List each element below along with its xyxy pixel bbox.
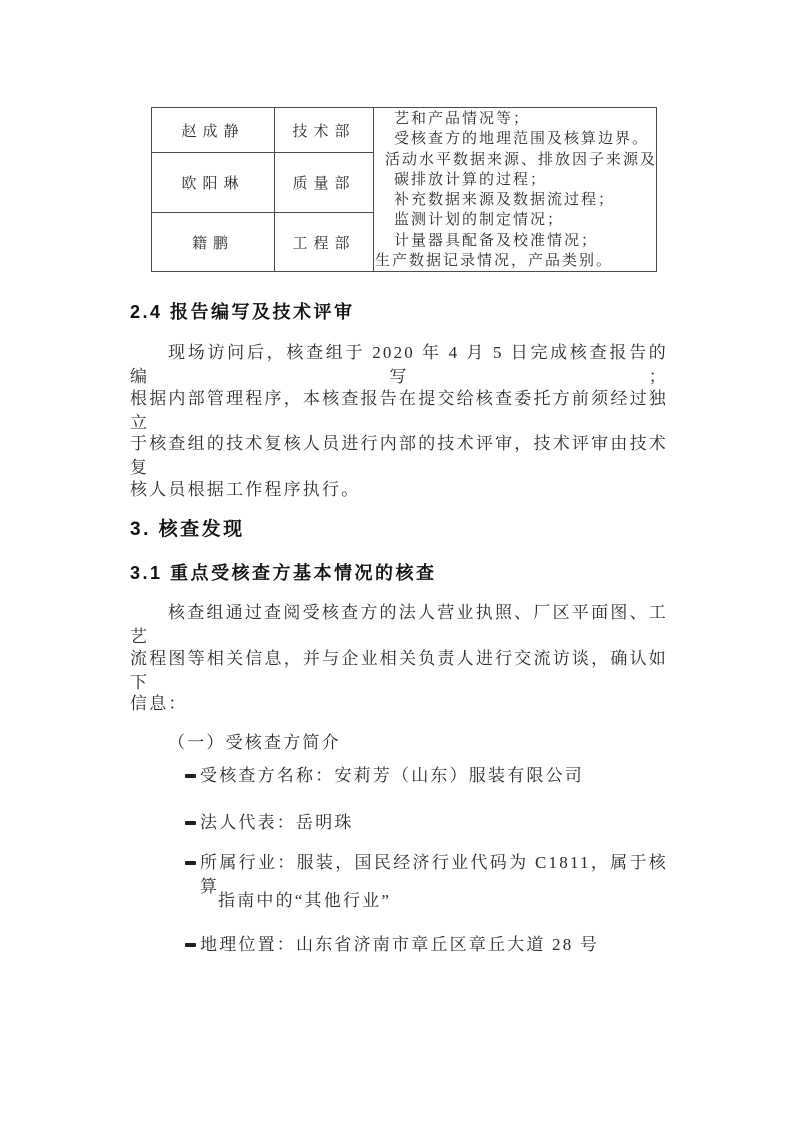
section-2-4-heading: 2.4 报告编写及技术评审: [130, 298, 355, 324]
bullet-item-company-name: 受核查方名称：安莉芳（山东）服装有限公司: [185, 764, 668, 788]
table-cell-member-name: 赵成静: [152, 108, 274, 152]
table-cell-member-name: 欧阳琳: [152, 153, 274, 212]
scope-line: 补充数据来源及数据流过程；: [374, 190, 656, 210]
scope-line: 监测计划的制定情况；: [374, 210, 656, 230]
document-page: 赵成静 技术部 欧阳琳 质量部 籍鹏 工程部 艺和产品情况等； 受核查方的地理范…: [0, 0, 793, 1122]
scope-line: 受核查方的地理范围及核算边界。: [374, 129, 656, 149]
bullet-dash-icon: [185, 943, 196, 947]
scope-line: 艺和产品情况等；: [374, 109, 656, 129]
table-cell-member-department: 工程部: [274, 213, 374, 271]
bullet-item-legal-representative: 法人代表：岳明珠: [185, 811, 668, 835]
table-cell-verification-scope: 艺和产品情况等； 受核查方的地理范围及核算边界。 活动水平数据来源、排放因子来源…: [374, 108, 656, 271]
paragraph-line: 于核查组的技术复核人员进行内部的技术评审，技术评审由技术复: [130, 432, 668, 478]
bullet-continuation-line: 指南中的“其他行业”: [218, 889, 391, 913]
scope-line: 碳排放计算的过程；: [374, 170, 656, 190]
bullet-dash-icon: [185, 774, 196, 778]
bullet-text: 地理位置：山东省济南市章丘区章丘大道 28 号: [200, 933, 668, 957]
bullet-dash-icon: [185, 861, 196, 865]
paragraph-line: 根据内部管理程序，本核查报告在提交给核查委托方前须经过独立: [130, 387, 668, 433]
section-3-1-paragraph: 核查组通过查阅受核查方的法人营业执照、厂区平面图、工艺 流程图等相关信息，并与企…: [130, 601, 668, 738]
paragraph-line: 现场访问后，核查组于 2020 年 4 月 5 日完成核查报告的编写；: [130, 341, 668, 387]
section-2-4-paragraph: 现场访问后，核查组于 2020 年 4 月 5 日完成核查报告的编写； 根据内部…: [130, 341, 668, 523]
bullet-text: 法人代表：岳明珠: [200, 811, 668, 835]
bullet-item-location: 地理位置：山东省济南市章丘区章丘大道 28 号: [185, 933, 668, 957]
scope-line: 计量器具配备及校准情况；: [374, 231, 656, 251]
verification-team-table: 赵成静 技术部 欧阳琳 质量部 籍鹏 工程部 艺和产品情况等； 受核查方的地理范…: [151, 107, 657, 272]
bullet-text: 受核查方名称：安莉芳（山东）服装有限公司: [200, 764, 668, 788]
table-cell-member-department: 技术部: [274, 108, 374, 152]
list-intro: （一）受核查方简介: [168, 731, 341, 755]
paragraph-line: 核查组通过查阅受核查方的法人营业执照、厂区平面图、工艺: [130, 601, 668, 647]
section-3-1-heading: 3.1 重点受核查方基本情况的核查: [130, 559, 437, 585]
table-cell-member-name: 籍鹏: [152, 213, 274, 271]
table-cell-member-department: 质量部: [274, 153, 374, 212]
scope-line: 生产数据记录情况，产品类别。: [374, 251, 656, 271]
bullet-dash-icon: [185, 821, 196, 825]
section-3-heading: 3. 核查发现: [130, 514, 245, 541]
scope-line: 活动水平数据来源、排放因子来源及: [374, 150, 656, 170]
paragraph-line: 流程图等相关信息，并与企业相关负责人进行交流访谈，确认如下: [130, 647, 668, 693]
